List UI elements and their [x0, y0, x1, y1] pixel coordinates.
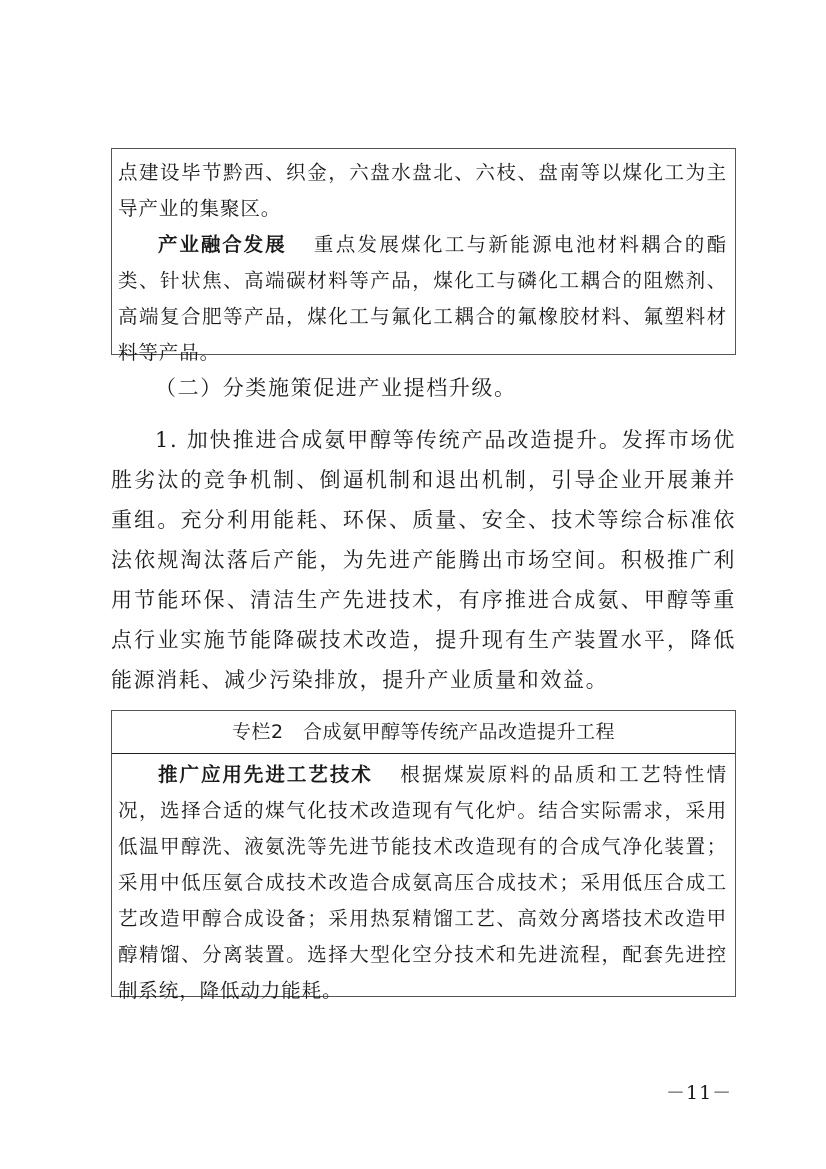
box2-item-title: 推广应用先进工艺技术: [158, 763, 373, 786]
paragraph-1: 1. 加快推进合成氨甲醇等传统产品改造提升。发挥市场优胜劣汰的竞争机制、倒逼机制…: [111, 420, 736, 700]
box2-item: 推广应用先进工艺技术根据煤炭原料的品质和工艺特性情况，选择合适的煤气化技术改造现…: [118, 757, 727, 1009]
box1-item: 产业融合发展重点发展煤化工与新能源电池材料耦合的酯类、针状焦、高端碳材料等产品，…: [118, 227, 727, 371]
box1-continuation-text: 点建设毕节黔西、织金，六盘水盘北、六枝、盘南等以煤化工为主导产业的集聚区。: [118, 155, 727, 227]
box1-item-title: 产业融合发展: [158, 233, 287, 256]
box2-body: 推广应用先进工艺技术根据煤炭原料的品质和工艺特性情况，选择合适的煤气化技术改造现…: [112, 754, 735, 1009]
column-box-continued: 点建设毕节黔西、织金，六盘水盘北、六枝、盘南等以煤化工为主导产业的集聚区。 产业…: [111, 148, 736, 355]
box2-header: 专栏2 合成氨甲醇等传统产品改造提升工程: [112, 711, 735, 754]
box2-item-text: 根据煤炭原料的品质和工艺特性情况，选择合适的煤气化技术改造现有气化炉。结合实际需…: [118, 763, 727, 1002]
section-heading: （二）分类施策促进产业提档升级。: [111, 368, 736, 408]
page-number: －11－: [666, 1078, 732, 1105]
column-box-2: 专栏2 合成氨甲醇等传统产品改造提升工程 推广应用先进工艺技术根据煤炭原料的品质…: [111, 710, 736, 997]
